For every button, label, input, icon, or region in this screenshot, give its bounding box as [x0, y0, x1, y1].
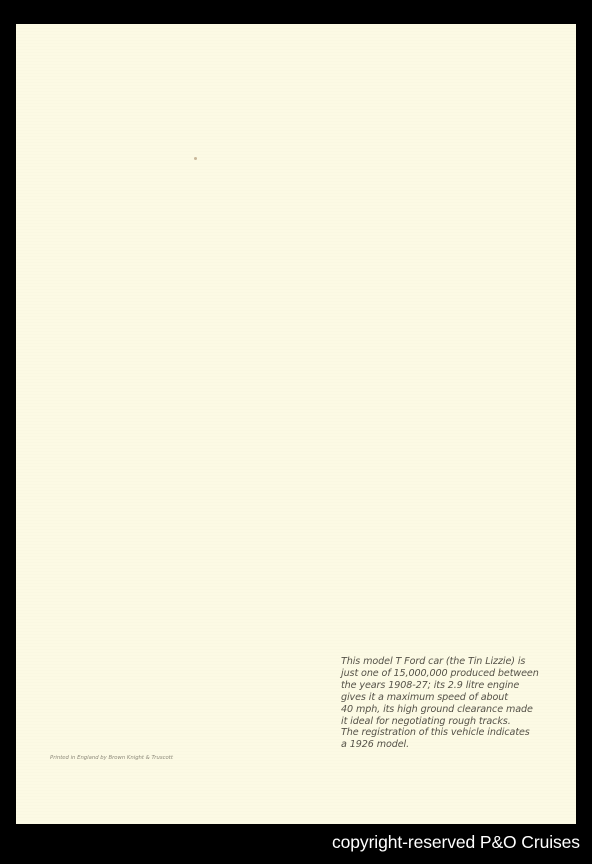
printer-credit: Printed in England by Brown Knight & Tru…: [50, 755, 173, 761]
caption-line: a 1926 model.: [341, 739, 561, 751]
caption-line: 40 mph, its high ground clearance made: [341, 704, 561, 716]
vehicle-caption: This model T Ford car (the Tin Lizzie) i…: [341, 656, 561, 751]
document-page: This model T Ford car (the Tin Lizzie) i…: [16, 24, 576, 824]
caption-line: just one of 15,000,000 produced between: [341, 668, 561, 680]
paper-speck: [194, 157, 197, 160]
caption-line: gives it a maximum speed of about: [341, 692, 561, 704]
caption-line: This model T Ford car (the Tin Lizzie) i…: [341, 656, 561, 668]
copyright-notice: copyright-reserved P&O Cruises: [332, 832, 580, 853]
caption-line: it ideal for negotiating rough tracks.: [341, 716, 561, 728]
caption-line: the years 1908-27; its 2.9 litre engine: [341, 680, 561, 692]
caption-line: The registration of this vehicle indicat…: [341, 727, 561, 739]
